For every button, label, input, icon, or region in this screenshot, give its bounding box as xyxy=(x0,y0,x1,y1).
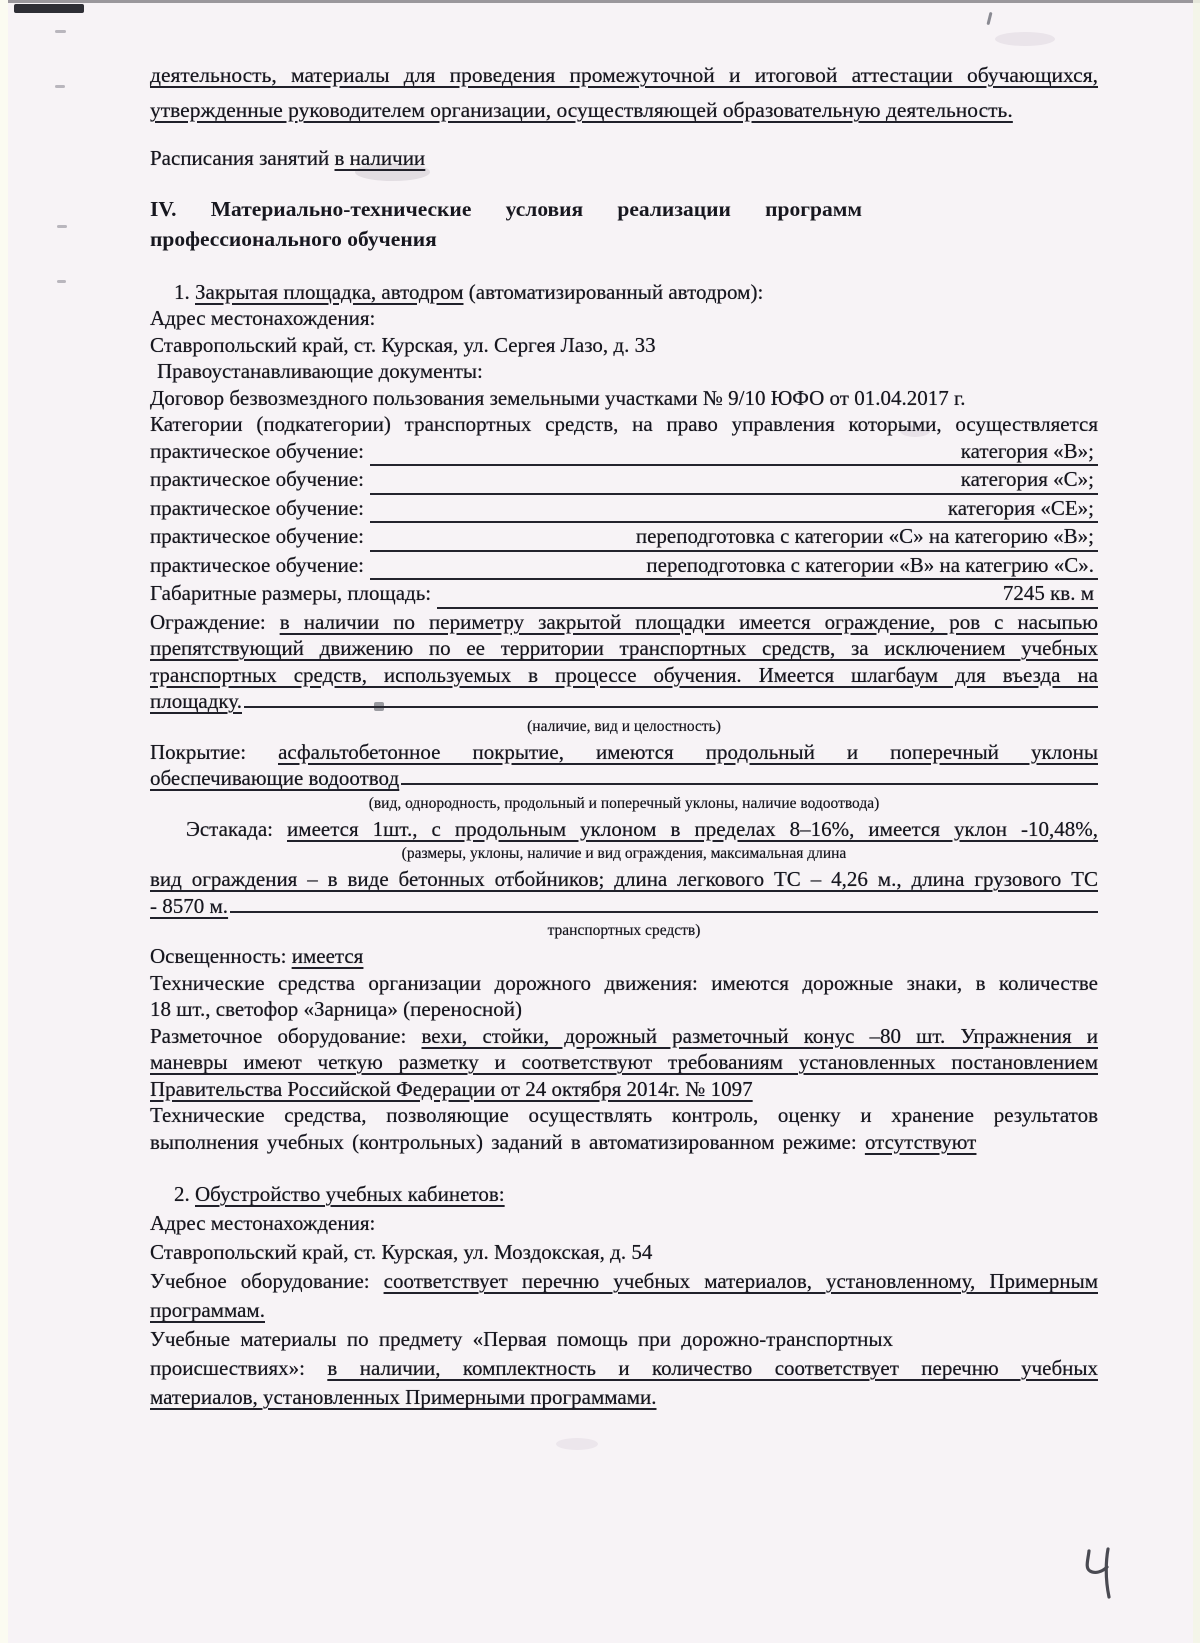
scan-corner-mark xyxy=(14,4,84,13)
form-rule: категория «СЕ»; xyxy=(370,495,1098,524)
docs-value: Договор безвозмездного пользования земел… xyxy=(150,385,1098,412)
marking-label: Разметочное оборудование: xyxy=(150,1024,421,1048)
item1-title: 1. Закрытая площадка, автодром (автомати… xyxy=(150,279,1098,306)
fence-line-4: площадку. xyxy=(150,688,1098,715)
handwritten-digit-4 xyxy=(1078,1545,1118,1603)
form-rule: категория «В»; xyxy=(370,438,1098,467)
address-label: Адрес местонахождения: xyxy=(150,305,1098,332)
marking-value-1: вехи, стойки, дорожный разметочный конус… xyxy=(421,1024,1098,1048)
fence-line-2: препятствующий движению по ее территории… xyxy=(150,635,1098,662)
form-rule xyxy=(230,911,1098,913)
section-heading-line-2: профессионального обучения xyxy=(150,224,1098,254)
fence-label: Ограждение: xyxy=(150,610,280,634)
training-value: переподготовка с категории «В» на категр… xyxy=(646,553,1094,577)
lighting-value: имеется xyxy=(292,944,364,968)
training-label: практическое обучение: xyxy=(150,523,364,550)
scan-mark xyxy=(986,12,992,25)
marking-line-1: Разметочное оборудование: вехи, стойки, … xyxy=(150,1023,1098,1050)
item2-title: 2. Обустройство учебных кабинетов: xyxy=(150,1180,1098,1209)
ramp-caption-2: транспортных средств) xyxy=(150,919,1098,943)
training-row: практическое обучение:переподготовка с к… xyxy=(150,523,1098,552)
form-rule: категория «С»; xyxy=(370,466,1098,495)
surface-value-2: обеспечивающие водоотвод xyxy=(150,765,399,792)
item2-title-underlined: Обустройство учебных кабинетов: xyxy=(195,1182,505,1206)
schedule-label: Расписания занятий xyxy=(150,146,335,170)
marking-value-3: Правительства Российской Федерации от 24… xyxy=(150,1077,753,1101)
intro-line-1: деятельность, материалы для проведения п… xyxy=(150,58,1098,93)
schedule-value: в наличии xyxy=(335,146,426,170)
item1-title-rest: (автоматизированный автодром): xyxy=(464,280,764,304)
equipment-value-1: соответствует перечню учебных материалов… xyxy=(384,1269,1098,1293)
handwritten-page-number xyxy=(1078,1545,1118,1608)
form-rule xyxy=(244,706,1098,708)
pencil-tick xyxy=(55,85,65,88)
fence-value-1: в наличии по периметру закрытой площадки… xyxy=(280,610,1098,634)
lighting-label: Освещенность: xyxy=(150,944,292,968)
training-row: практическое обучение:категория «СЕ»; xyxy=(150,495,1098,524)
pencil-tick xyxy=(57,280,66,283)
intro-line-2: утвержденные руководителем организации, … xyxy=(150,93,1098,128)
traffic-line-1: Технические средства организации дорожно… xyxy=(150,970,1098,997)
training-row: практическое обучение:переподготовка с к… xyxy=(150,552,1098,581)
materials-value-3: материалов, установленных Примерными про… xyxy=(150,1385,657,1409)
training-value: категория «В»; xyxy=(961,439,1094,463)
fence-line-3: транспортных средств, используемых в про… xyxy=(150,662,1098,689)
form-rule: переподготовка с категории «В» на категр… xyxy=(370,552,1098,581)
equipment-label: Учебное оборудование: xyxy=(150,1269,384,1293)
schedule-line: Расписания занятий в наличии xyxy=(150,145,1098,172)
materials-line-1: Учебные материалы по предмету «Первая по… xyxy=(150,1325,1098,1354)
form-rule: переподготовка с категории «С» на катего… xyxy=(370,523,1098,552)
surface-label: Покрытие: xyxy=(150,740,278,764)
equipment-line-1: Учебное оборудование: соответствует пере… xyxy=(150,1267,1098,1296)
surface-caption: (вид, однородность, продольный и попереч… xyxy=(150,792,1098,816)
form-rule: 7245 кв. м xyxy=(437,580,1098,609)
pencil-tick xyxy=(55,30,66,33)
address-value-2: Ставропольский край, ст. Курская, ул. Мо… xyxy=(150,1238,1098,1267)
training-value: переподготовка с категории «С» на катего… xyxy=(636,524,1094,548)
marking-line-2: маневры имеют четкую разметку и соответс… xyxy=(150,1049,1098,1076)
fence-caption: (наличие, вид и целостность) xyxy=(150,715,1098,739)
form-rule xyxy=(401,783,1098,785)
section-heading-line-1: IV. Материально-технические условия реал… xyxy=(150,194,862,224)
scan-smudge xyxy=(995,32,1055,46)
dimensions-value: 7245 кв. м xyxy=(1003,581,1094,605)
materials-label: происшествиях»: xyxy=(150,1356,327,1380)
docs-label: Правоустанавливающие документы: xyxy=(150,358,1098,385)
ramp-value: имеется 1шт., с продольным уклоном в пре… xyxy=(287,817,1098,841)
training-label: практическое обучение: xyxy=(150,495,364,522)
ramp-label: Эстакада: xyxy=(186,817,287,841)
control-label: выполнения учебных (контрольных) заданий… xyxy=(150,1130,865,1154)
equipment-value-2: программам. xyxy=(150,1298,265,1322)
ramp-line-1: Эстакада: имеется 1шт., с продольным укл… xyxy=(150,816,1098,843)
item1-number: 1. xyxy=(174,280,195,304)
training-label: практическое обучение: xyxy=(150,438,364,465)
fence-value-4: площадку. xyxy=(150,688,242,715)
traffic-line-2: 18 шт., светофор «Зарница» (переносной) xyxy=(150,996,1098,1023)
item2-number: 2. xyxy=(174,1182,195,1206)
training-row: практическое обучение:категория «С»; xyxy=(150,466,1098,495)
pencil-tick xyxy=(57,225,67,228)
categories-intro: Категории (подкатегории) транспортных ср… xyxy=(150,411,1098,438)
item2-section: 2. Обустройство учебных кабинетов: Адрес… xyxy=(150,1180,1098,1412)
ramp-line-2: вид ограждения – в виде бетонных отбойни… xyxy=(150,866,1098,893)
training-label: практическое обучение: xyxy=(150,552,364,579)
materials-value-2: в наличии, комплектность и количество со… xyxy=(327,1356,1098,1380)
surface-line-2: обеспечивающие водоотвод xyxy=(150,765,1098,792)
dimensions-label: Габаритные размеры, площадь: xyxy=(150,580,431,607)
page-right-edge xyxy=(1193,0,1200,1643)
materials-line-2: происшествиях»: в наличии, комплектность… xyxy=(150,1354,1098,1383)
scan-smudge xyxy=(556,1438,598,1450)
address-value: Ставропольский край, ст. Курская, ул. Се… xyxy=(150,332,1098,359)
marking-line-3: Правительства Российской Федерации от 24… xyxy=(150,1076,1098,1103)
address-label-2: Адрес местонахождения: xyxy=(150,1209,1098,1238)
control-value: отсутствуют xyxy=(865,1130,976,1154)
scan-top-edge xyxy=(8,0,1200,3)
ramp-value-3: - 8570 м. xyxy=(150,893,228,920)
control-line-1: Технические средства, позволяющие осущес… xyxy=(150,1102,1098,1129)
ramp-caption-1: (размеры, уклоны, наличие и вид огражден… xyxy=(150,842,1098,866)
materials-line-3: материалов, установленных Примерными про… xyxy=(150,1383,1098,1412)
training-value: категория «С»; xyxy=(961,467,1094,491)
equipment-line-2: программам. xyxy=(150,1296,1098,1325)
training-label: практическое обучение: xyxy=(150,466,364,493)
dimensions-row: Габаритные размеры, площадь:7245 кв. м xyxy=(150,580,1098,609)
document-page: деятельность, материалы для проведения п… xyxy=(150,58,1098,1412)
ramp-line-3: - 8570 м. xyxy=(150,893,1098,920)
page-left-edge xyxy=(0,0,8,1643)
surface-line-1: Покрытие: асфальтобетонное покрытие, име… xyxy=(150,739,1098,766)
training-value: категория «СЕ»; xyxy=(948,496,1094,520)
control-line-2: выполнения учебных (контрольных) заданий… xyxy=(150,1129,1098,1156)
surface-value-1: асфальтобетонное покрытие, имеются продо… xyxy=(278,740,1098,764)
item1-title-underlined: Закрытая площадка, автодром xyxy=(195,280,464,304)
fence-line-1: Ограждение: в наличии по периметру закры… xyxy=(150,609,1098,636)
training-row: практическое обучение:категория «В»; xyxy=(150,438,1098,467)
section-heading: IV. Материально-технические условия реал… xyxy=(150,194,1098,254)
lighting-line: Освещенность: имеется xyxy=(150,943,1098,970)
